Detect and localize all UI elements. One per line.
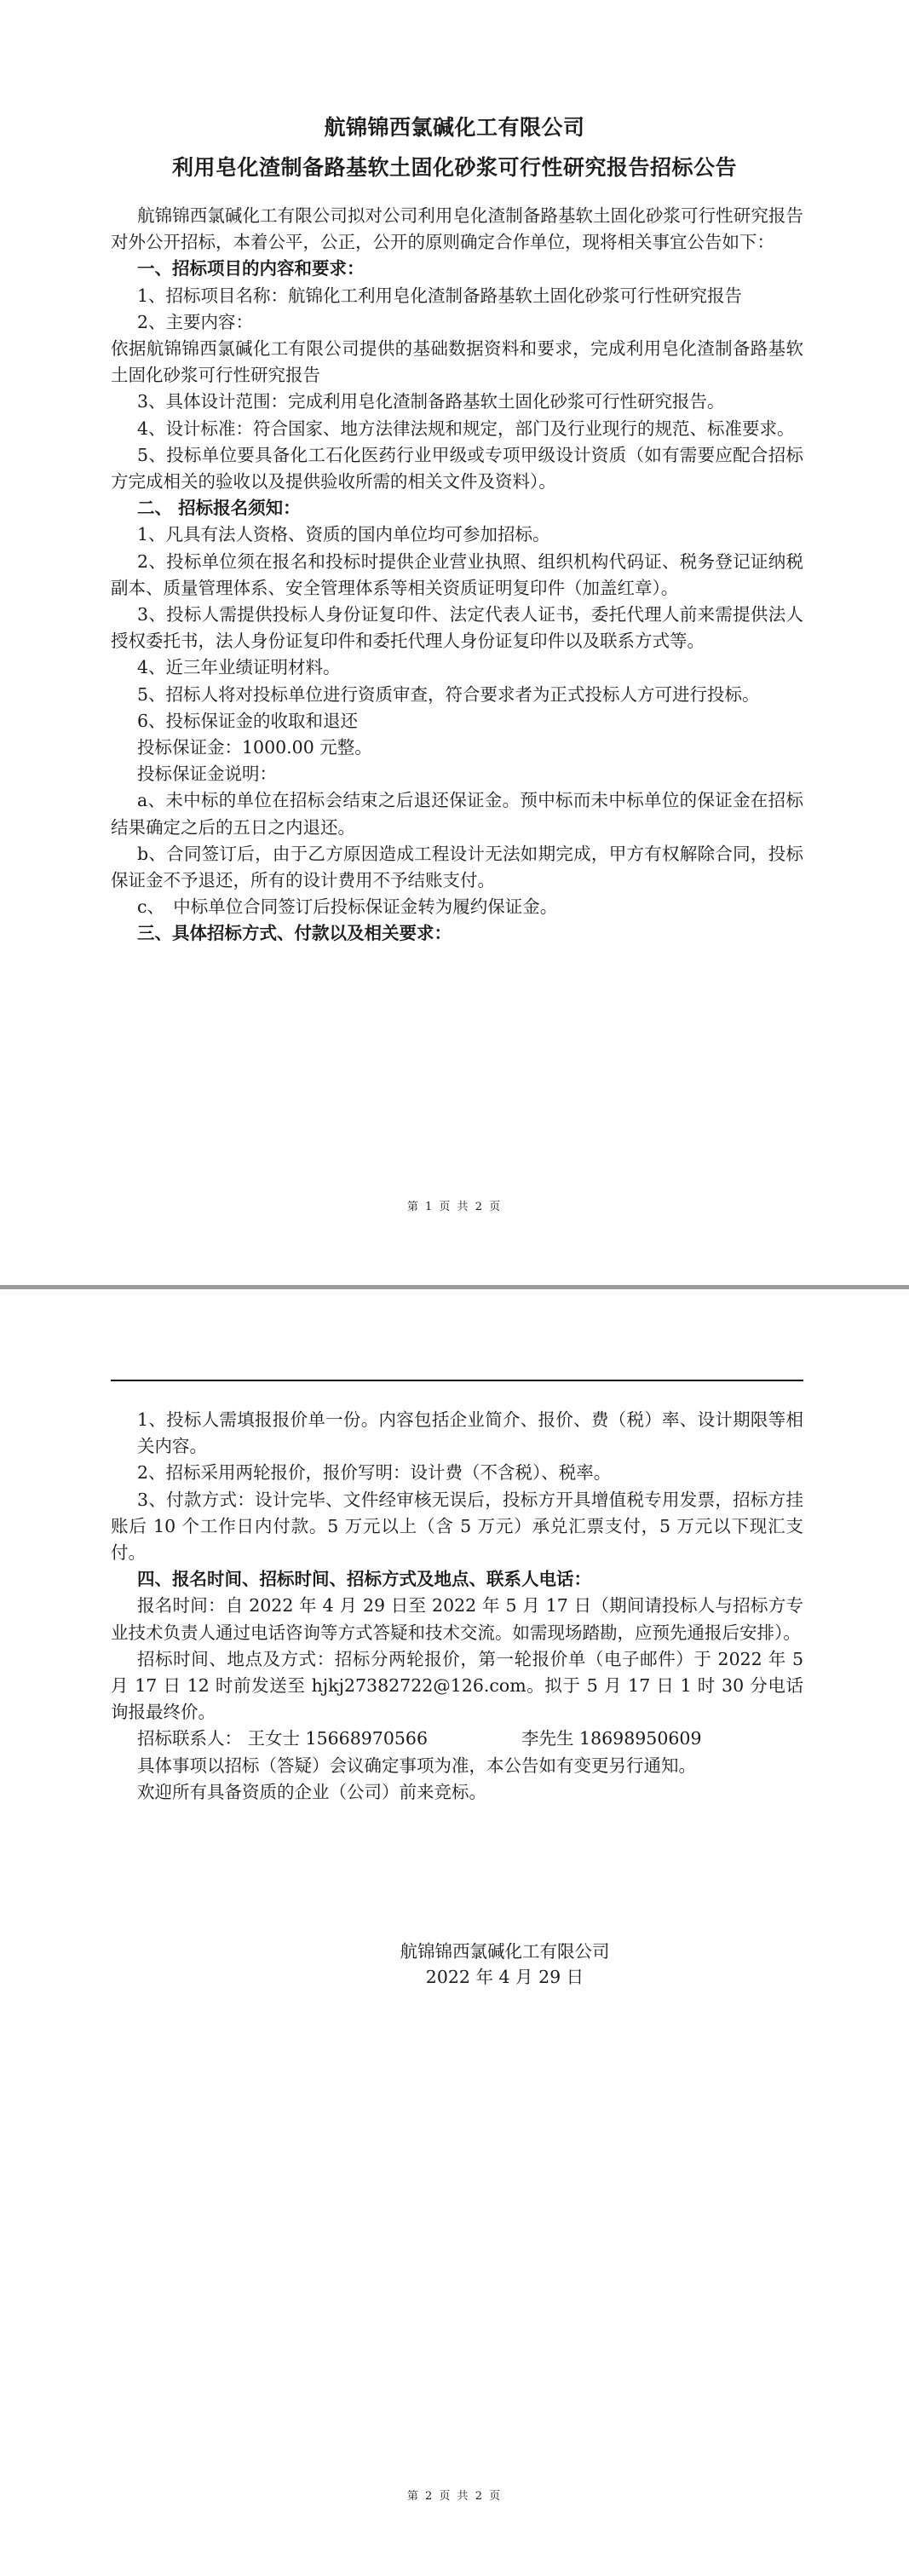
s1-item-3: 3、具体设计范围：完成利用皂化渣制备路基软土固化砂浆可行性研究报告。 — [111, 389, 803, 415]
section-1-heading: 一、招标项目的内容和要求： — [111, 256, 803, 282]
s3-item-2: 2、招标采用两轮报价，报价写明：设计费（不含税）、税率。 — [111, 1460, 803, 1486]
title-company: 航锦锦西氯碱化工有限公司 — [0, 111, 909, 141]
s2-item-4: 4、近三年业绩证明材料。 — [111, 654, 803, 681]
s1-item-1: 1、招标项目名称：航锦化工利用皂化渣制备路基软土固化砂浆可行性研究报告 — [111, 283, 803, 309]
deposit-amount: 投标保证金：1000.00 元整。 — [111, 735, 803, 761]
registration-time: 报名时间：自 2022 年 4 月 29 日至 2022 年 5 月 17 日（… — [111, 1593, 803, 1645]
s2-item-2: 2、投标单位须在报名和投标时提供企业营业执照、组织机构代码证、税务登记证纳税副本… — [111, 549, 803, 602]
page-1-footer: 第 1 页 共 2 页 — [0, 1197, 909, 1213]
section-3-heading: 三、具体招标方式、付款以及相关要求： — [111, 920, 803, 947]
page-2-body: 1、投标人需填报报价单一份。内容包括企业简介、报价、费（税）率、设计期限等相关内… — [111, 1407, 803, 1806]
s2-item-5: 5、招标人将对投标单位进行资质审查，符合要求者为正式投标人方可进行投标。 — [111, 682, 803, 708]
page-2-footer: 第 2 页 共 2 页 — [0, 2487, 909, 2503]
deposit-note-a: a、未中标的单位在招标会结束之后退还保证金。预中标而未中标单位的保证金在招标结果… — [111, 787, 803, 840]
deposit-note-c: c、 中标单位合同签订后投标保证金转为履约保证金。 — [111, 894, 803, 920]
welcome-paragraph: 欢迎所有具备资质的企业（公司）前来竞标。 — [111, 1779, 803, 1806]
s3-item-3: 3、付款方式：设计完毕、文件经审核无误后，投标方开具增值税专用发票，招标方挂账后… — [111, 1487, 803, 1567]
title-notice: 利用皂化渣制备路基软土固化砂浆可行性研究报告招标公告 — [0, 151, 909, 182]
section-4-heading: 四、报名时间、招标时间、招标方式及地点、联系人电话： — [111, 1566, 803, 1593]
signature-company: 航锦锦西氯碱化工有限公司 — [0, 1939, 909, 1964]
deposit-note-label: 投标保证金说明： — [111, 761, 803, 787]
contact-li: 李先生 18698950609 — [521, 1728, 702, 1749]
page-1: 航锦锦西氯碱化工有限公司 利用皂化渣制备路基软土固化砂浆可行性研究报告招标公告 … — [0, 0, 909, 1285]
header-rule — [111, 1380, 803, 1381]
section-2-heading: 二、 招标报名须知： — [111, 495, 803, 522]
bidding-time-place: 招标时间、地点及方式：招标分两轮报价，第一轮报价单（电子邮件）于 2022 年 … — [111, 1646, 803, 1726]
page-2: 1、投标人需填报报价单一份。内容包括企业简介、报价、费（税）率、设计期限等相关内… — [0, 1289, 909, 2576]
s3-item-1: 1、投标人需填报报价单一份。内容包括企业简介、报价、费（税）率、设计期限等相关内… — [111, 1407, 803, 1460]
contact-wang: 王女士 15668970566 — [248, 1728, 429, 1749]
s2-item-6: 6、投标保证金的收取和退还 — [111, 708, 803, 735]
contacts: 招标联系人： 王女士 15668970566李先生 18698950609 — [111, 1726, 803, 1752]
s2-item-1: 1、凡具有法人资格、资质的国内单位均可参加招标。 — [111, 522, 803, 548]
notice-paragraph: 具体事项以招标（答疑）会议确定事项为准，本公告如有变更另行通知。 — [111, 1753, 803, 1779]
page-1-body: 航锦锦西氯碱化工有限公司拟对公司利用皂化渣制备路基软土固化砂浆可行性研究报告对外… — [111, 203, 803, 948]
contact-label: 招标联系人： — [137, 1728, 242, 1749]
s1-item-5: 5、投标单位要具备化工石化医药行业甲级或专项甲级设计资质（如有需要应配合招标方完… — [111, 442, 803, 495]
deposit-note-b: b、合同签订后，由于乙方原因造成工程设计无法如期完成，甲方有权解除合同，投标保证… — [111, 841, 803, 894]
s2-item-3: 3、投标人需提供投标人身份证复印件、法定代表人证书，委托代理人前来需提供法人授权… — [111, 602, 803, 654]
s1-item-4: 4、设计标准：符合国家、地方法律法规和规定，部门及行业现行的规范、标准要求。 — [111, 416, 803, 442]
signature-date: 2022 年 4 月 29 日 — [0, 1964, 909, 1990]
intro-paragraph: 航锦锦西氯碱化工有限公司拟对公司利用皂化渣制备路基软土固化砂浆可行性研究报告对外… — [111, 203, 803, 256]
s1-item-2: 2、主要内容： — [111, 309, 803, 336]
s1-item-2-body: 依据航锦锦西氯碱化工有限公司提供的基础数据资料和要求，完成利用皂化渣制备路基软土… — [111, 336, 803, 389]
